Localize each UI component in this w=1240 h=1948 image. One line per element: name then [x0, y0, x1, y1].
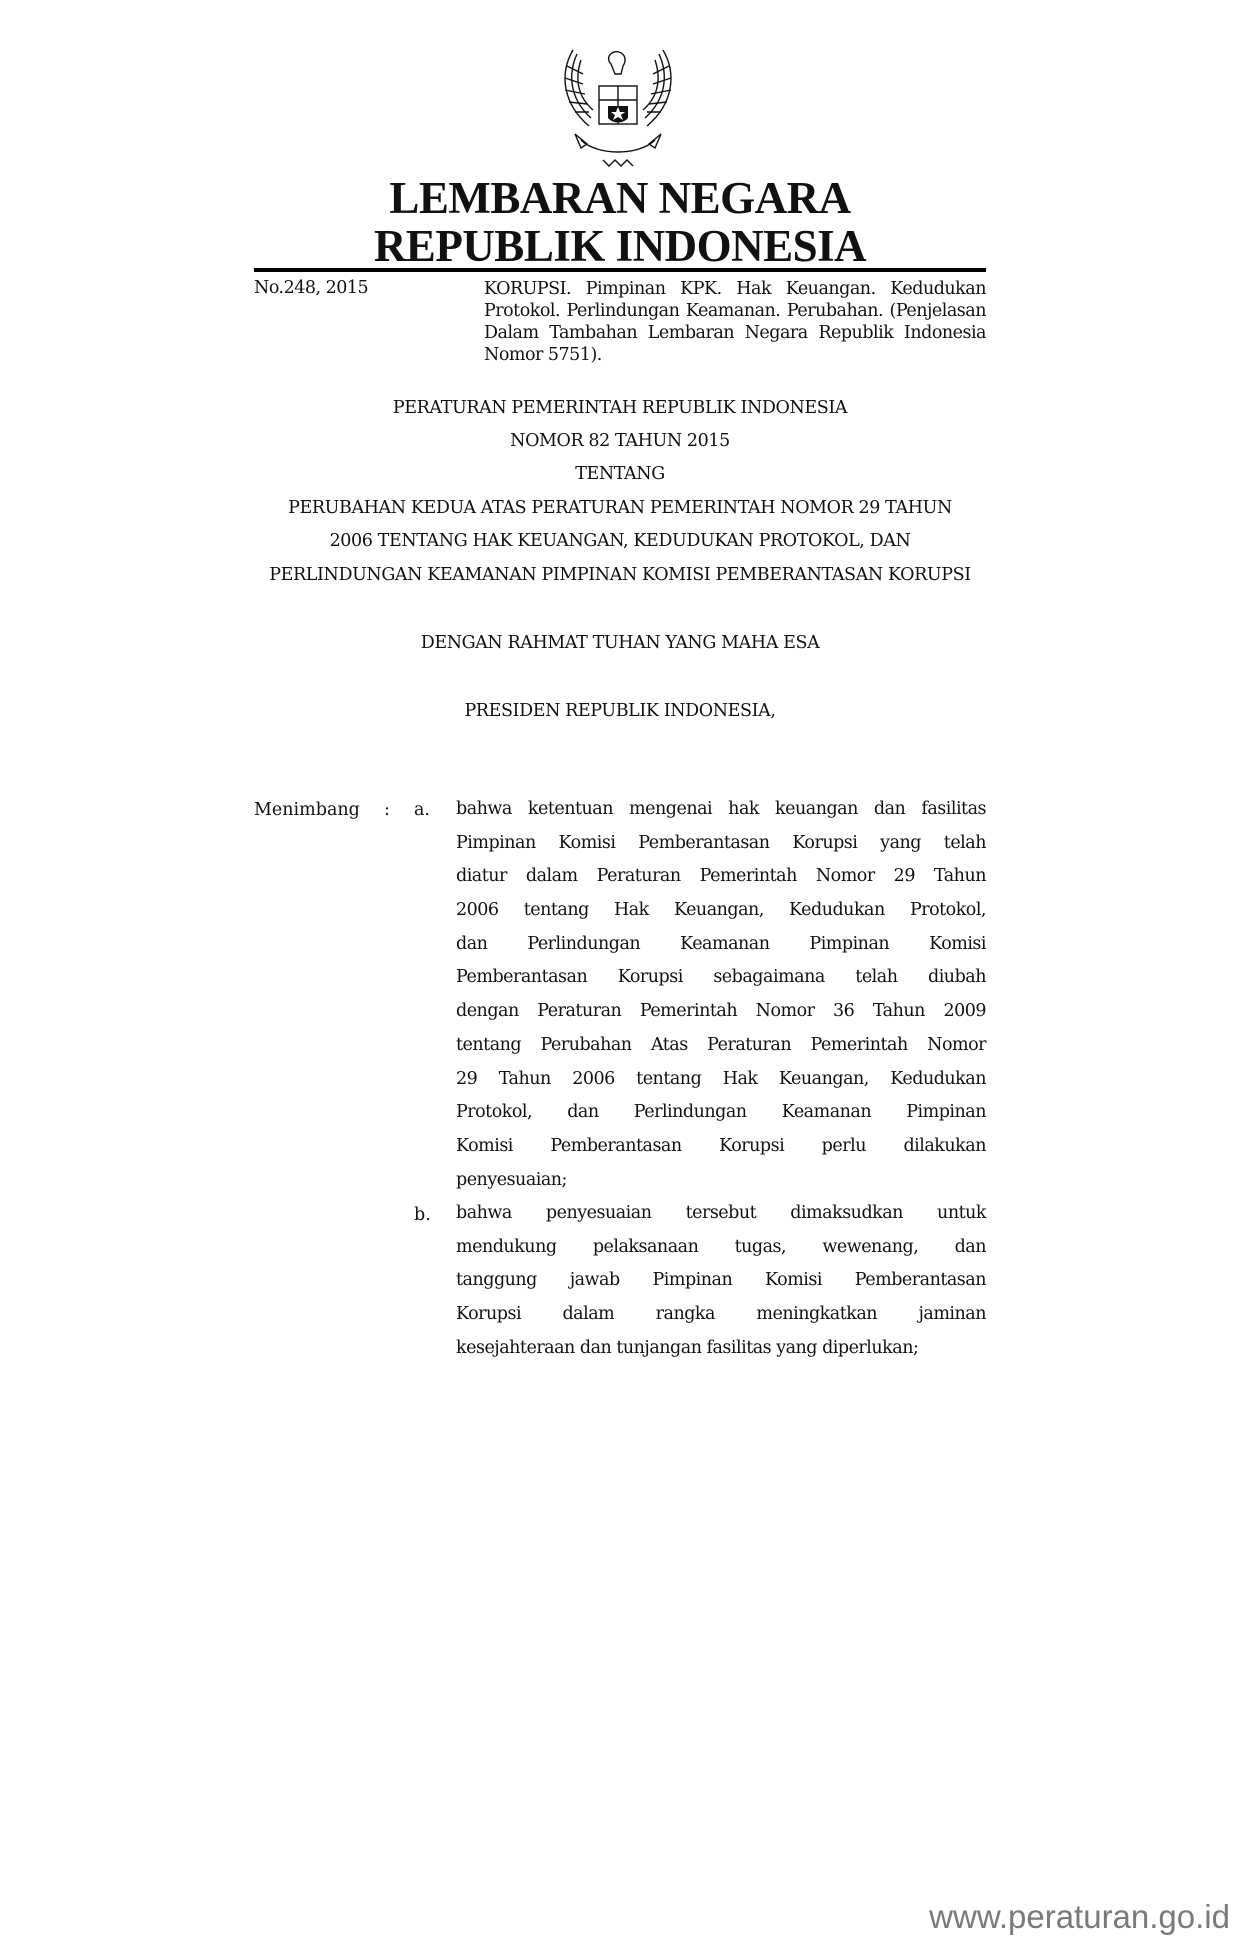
item-text-line: Protokol, dan Perlindungan Keamanan Pimp…	[456, 1096, 986, 1130]
masthead-title: LEMBARAN NEGARA	[250, 174, 990, 222]
item-text-line: kesejahteraan dan tunjangan fasilitas ya…	[456, 1332, 986, 1366]
item-letter: a.	[414, 800, 430, 820]
invocation: DENGAN RAHMAT TUHAN YANG MAHA ESA	[250, 633, 990, 653]
item-text-line: bahwa penyesuaian tersebut dimaksudkan u…	[456, 1197, 986, 1231]
item-text-line: tanggung jawab Pimpinan Komisi Pemberant…	[456, 1264, 986, 1298]
gazette-summary: KORUPSI. Pimpinan KPK. Hak Keuangan. Ked…	[484, 278, 986, 366]
item-text-line: 2006 tentang Hak Keuangan, Kedudukan Pro…	[456, 894, 986, 928]
regulation-subject-line: PERLINDUNGAN KEAMANAN PIMPINAN KOMISI PE…	[250, 565, 990, 585]
regulation-number: NOMOR 82 TAHUN 2015	[250, 431, 990, 451]
regulation-subject-line: PERUBAHAN KEDUA ATAS PERATURAN PEMERINTA…	[250, 498, 990, 518]
considering-item-b: bahwa penyesuaian tersebut dimaksudkan u…	[456, 1197, 986, 1365]
authority: PRESIDEN REPUBLIK INDONESIA,	[250, 701, 990, 721]
source-watermark: www.peraturan.go.id	[929, 1898, 1230, 1936]
regulation-subject-line: 2006 TENTANG HAK KEUANGAN, KEDUDUKAN PRO…	[250, 531, 990, 551]
item-text-line: dengan Peraturan Pemerintah Nomor 36 Tah…	[456, 995, 986, 1029]
masthead-subtitle: REPUBLIK INDONESIA	[250, 222, 990, 270]
considering-label: Menimbang	[254, 800, 360, 820]
considering-colon: :	[384, 800, 390, 820]
item-text-line: Komisi Pemberantasan Korupsi perlu dilak…	[456, 1130, 986, 1164]
considering-item-a: bahwa ketentuan mengenai hak keuangan da…	[456, 793, 986, 1197]
item-text-line: Korupsi dalam rangka meningkatkan jamina…	[456, 1298, 986, 1332]
item-text-line: 29 Tahun 2006 tentang Hak Keuangan, Kedu…	[456, 1063, 986, 1097]
masthead-divider	[254, 268, 986, 272]
item-text-line: dan Perlindungan Keamanan Pimpinan Komis…	[456, 928, 986, 962]
item-text-line: Pimpinan Komisi Pemberantasan Korupsi ya…	[456, 827, 986, 861]
regulation-type: PERATURAN PEMERINTAH REPUBLIK INDONESIA	[250, 398, 990, 418]
item-text-line: bahwa ketentuan mengenai hak keuangan da…	[456, 793, 986, 827]
garuda-emblem-icon	[553, 44, 683, 172]
regulation-about-label: TENTANG	[250, 464, 990, 484]
item-text-line: tentang Perubahan Atas Peraturan Pemerin…	[456, 1029, 986, 1063]
item-text-line: mendukung pelaksanaan tugas, wewenang, d…	[456, 1231, 986, 1265]
item-text-line: Pemberantasan Korupsi sebagaimana telah …	[456, 961, 986, 995]
item-letter: b.	[414, 1205, 431, 1225]
item-text-line: penyesuaian;	[456, 1164, 986, 1198]
item-text-line: diatur dalam Peraturan Pemerintah Nomor …	[456, 860, 986, 894]
gazette-number: No.248, 2015	[254, 278, 368, 298]
